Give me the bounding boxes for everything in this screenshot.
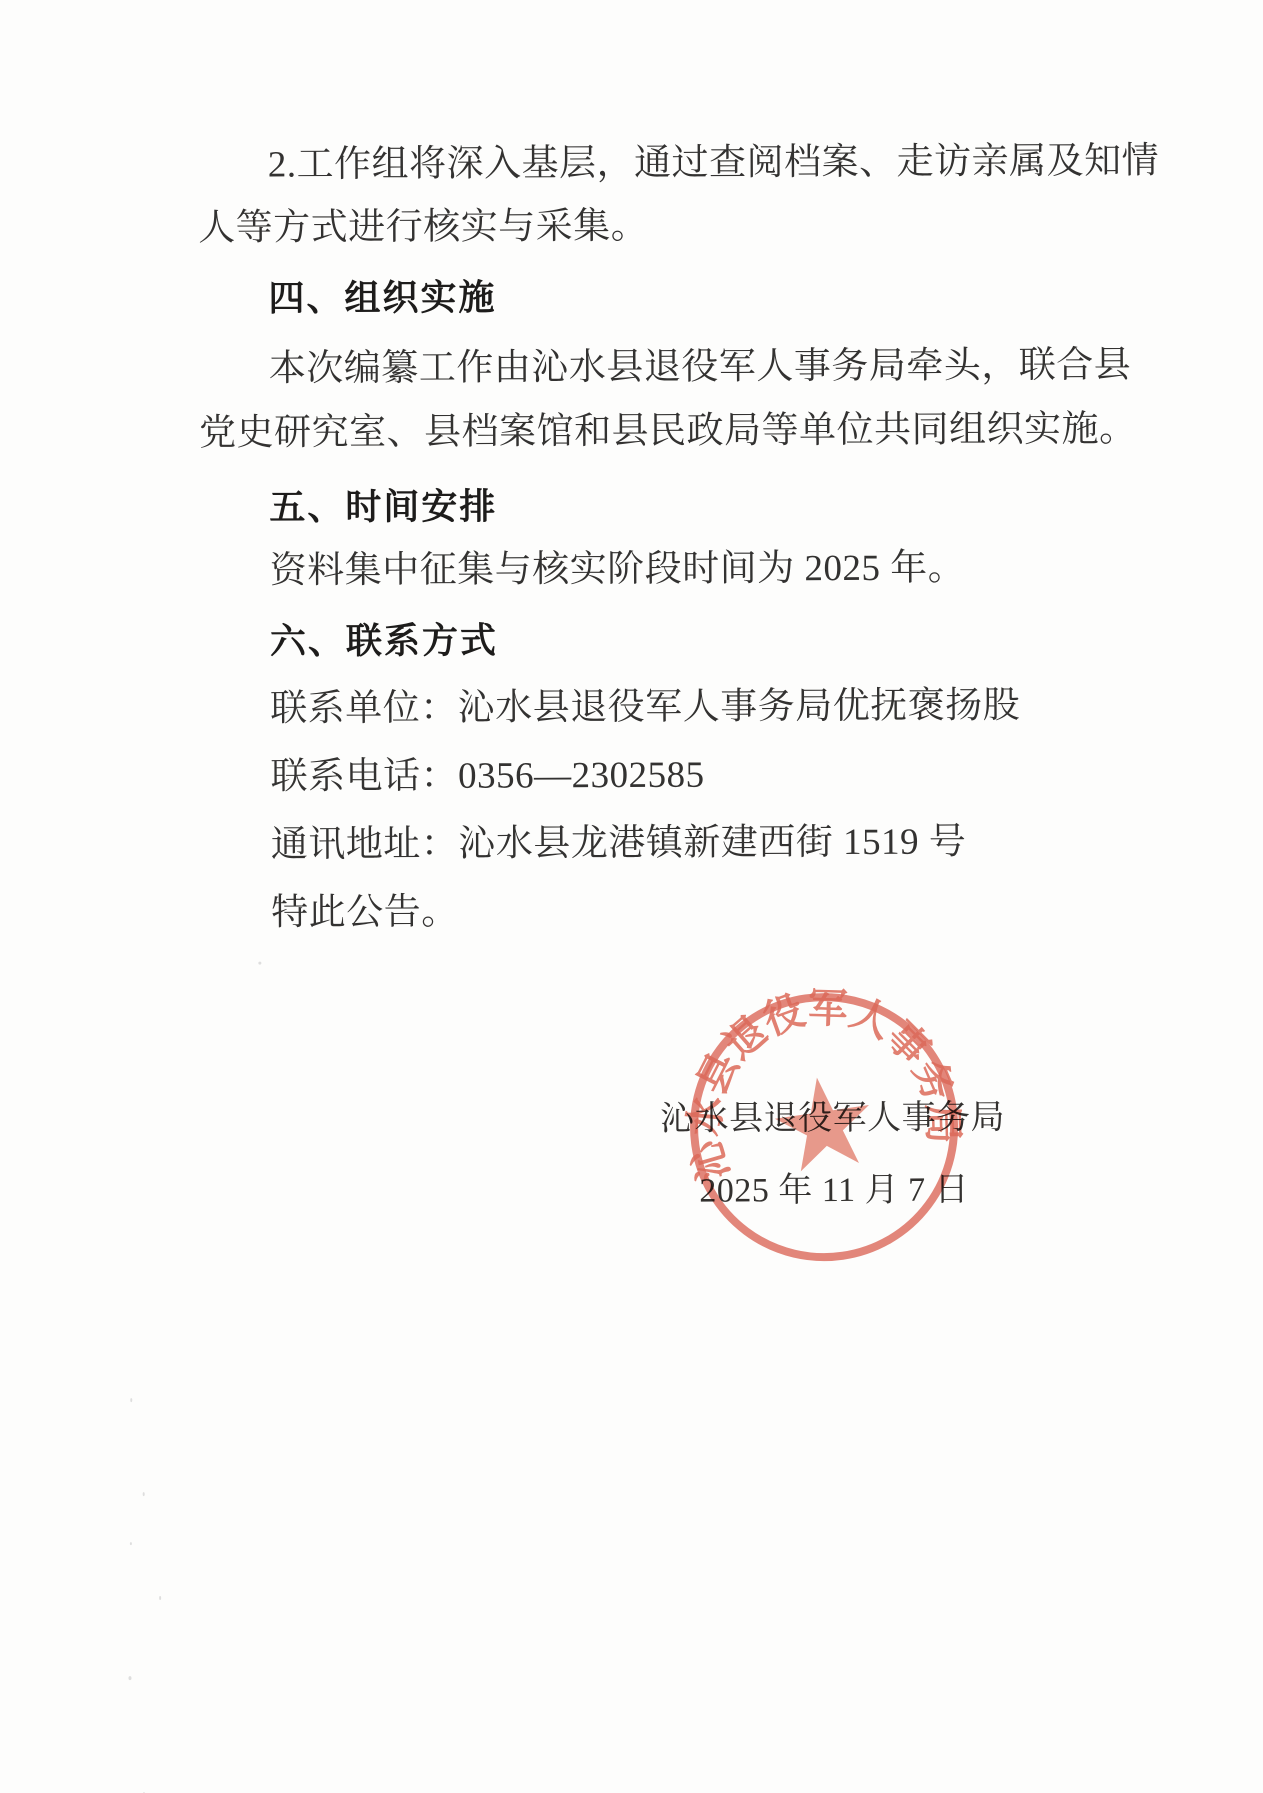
section-heading-4: 四、组织实施 — [268, 277, 496, 320]
scan-speck — [130, 1542, 132, 1545]
contact-address-line: 通讯地址：沁水县龙港镇新建西街 1519 号 — [271, 821, 967, 866]
scan-speck — [258, 962, 261, 965]
scan-speck — [143, 1492, 145, 1496]
section-heading-6: 六、联系方式 — [270, 620, 498, 663]
official-seal-stamp: 沁水县退役军人事务局 — [667, 970, 982, 1285]
seal-star-icon — [770, 1071, 877, 1174]
paragraph-line: 本次编纂工作由沁水县退役军人事务局牵头，联合县 — [269, 345, 1132, 391]
closing-line: 特此公告。 — [271, 892, 459, 935]
scan-speck — [130, 1398, 132, 1402]
contact-unit-line: 联系单位：沁水县退役军人事务局优抚褒扬股 — [270, 685, 1020, 730]
paragraph-line: 人等方式进行核实与采集。 — [198, 206, 648, 250]
seal-arc-text: 沁水县退役军人事务局 — [667, 970, 972, 1187]
section-heading-5: 五、时间安排 — [269, 486, 497, 529]
scan-speck — [128, 1676, 131, 1680]
paragraph-line: 2.工作组将深入基层，通过查阅档案、走访亲属及知情 — [268, 141, 1159, 187]
scanned-content: 2.工作组将深入基层，通过查阅档案、走访亲属及知情 人等方式进行核实与采集。 四… — [0, 0, 1263, 1793]
paragraph-line: 党史研究室、县档案馆和县民政局等单位共同组织实施。 — [199, 409, 1137, 455]
document-page: 2.工作组将深入基层，通过查阅档案、走访亲属及知情 人等方式进行核实与采集。 四… — [0, 0, 1263, 1793]
scan-speck — [159, 1596, 161, 1600]
paragraph-line: 资料集中征集与核实阶段时间为 2025 年。 — [270, 547, 966, 592]
contact-phone-line: 联系电话：0356—2302585 — [270, 755, 704, 799]
